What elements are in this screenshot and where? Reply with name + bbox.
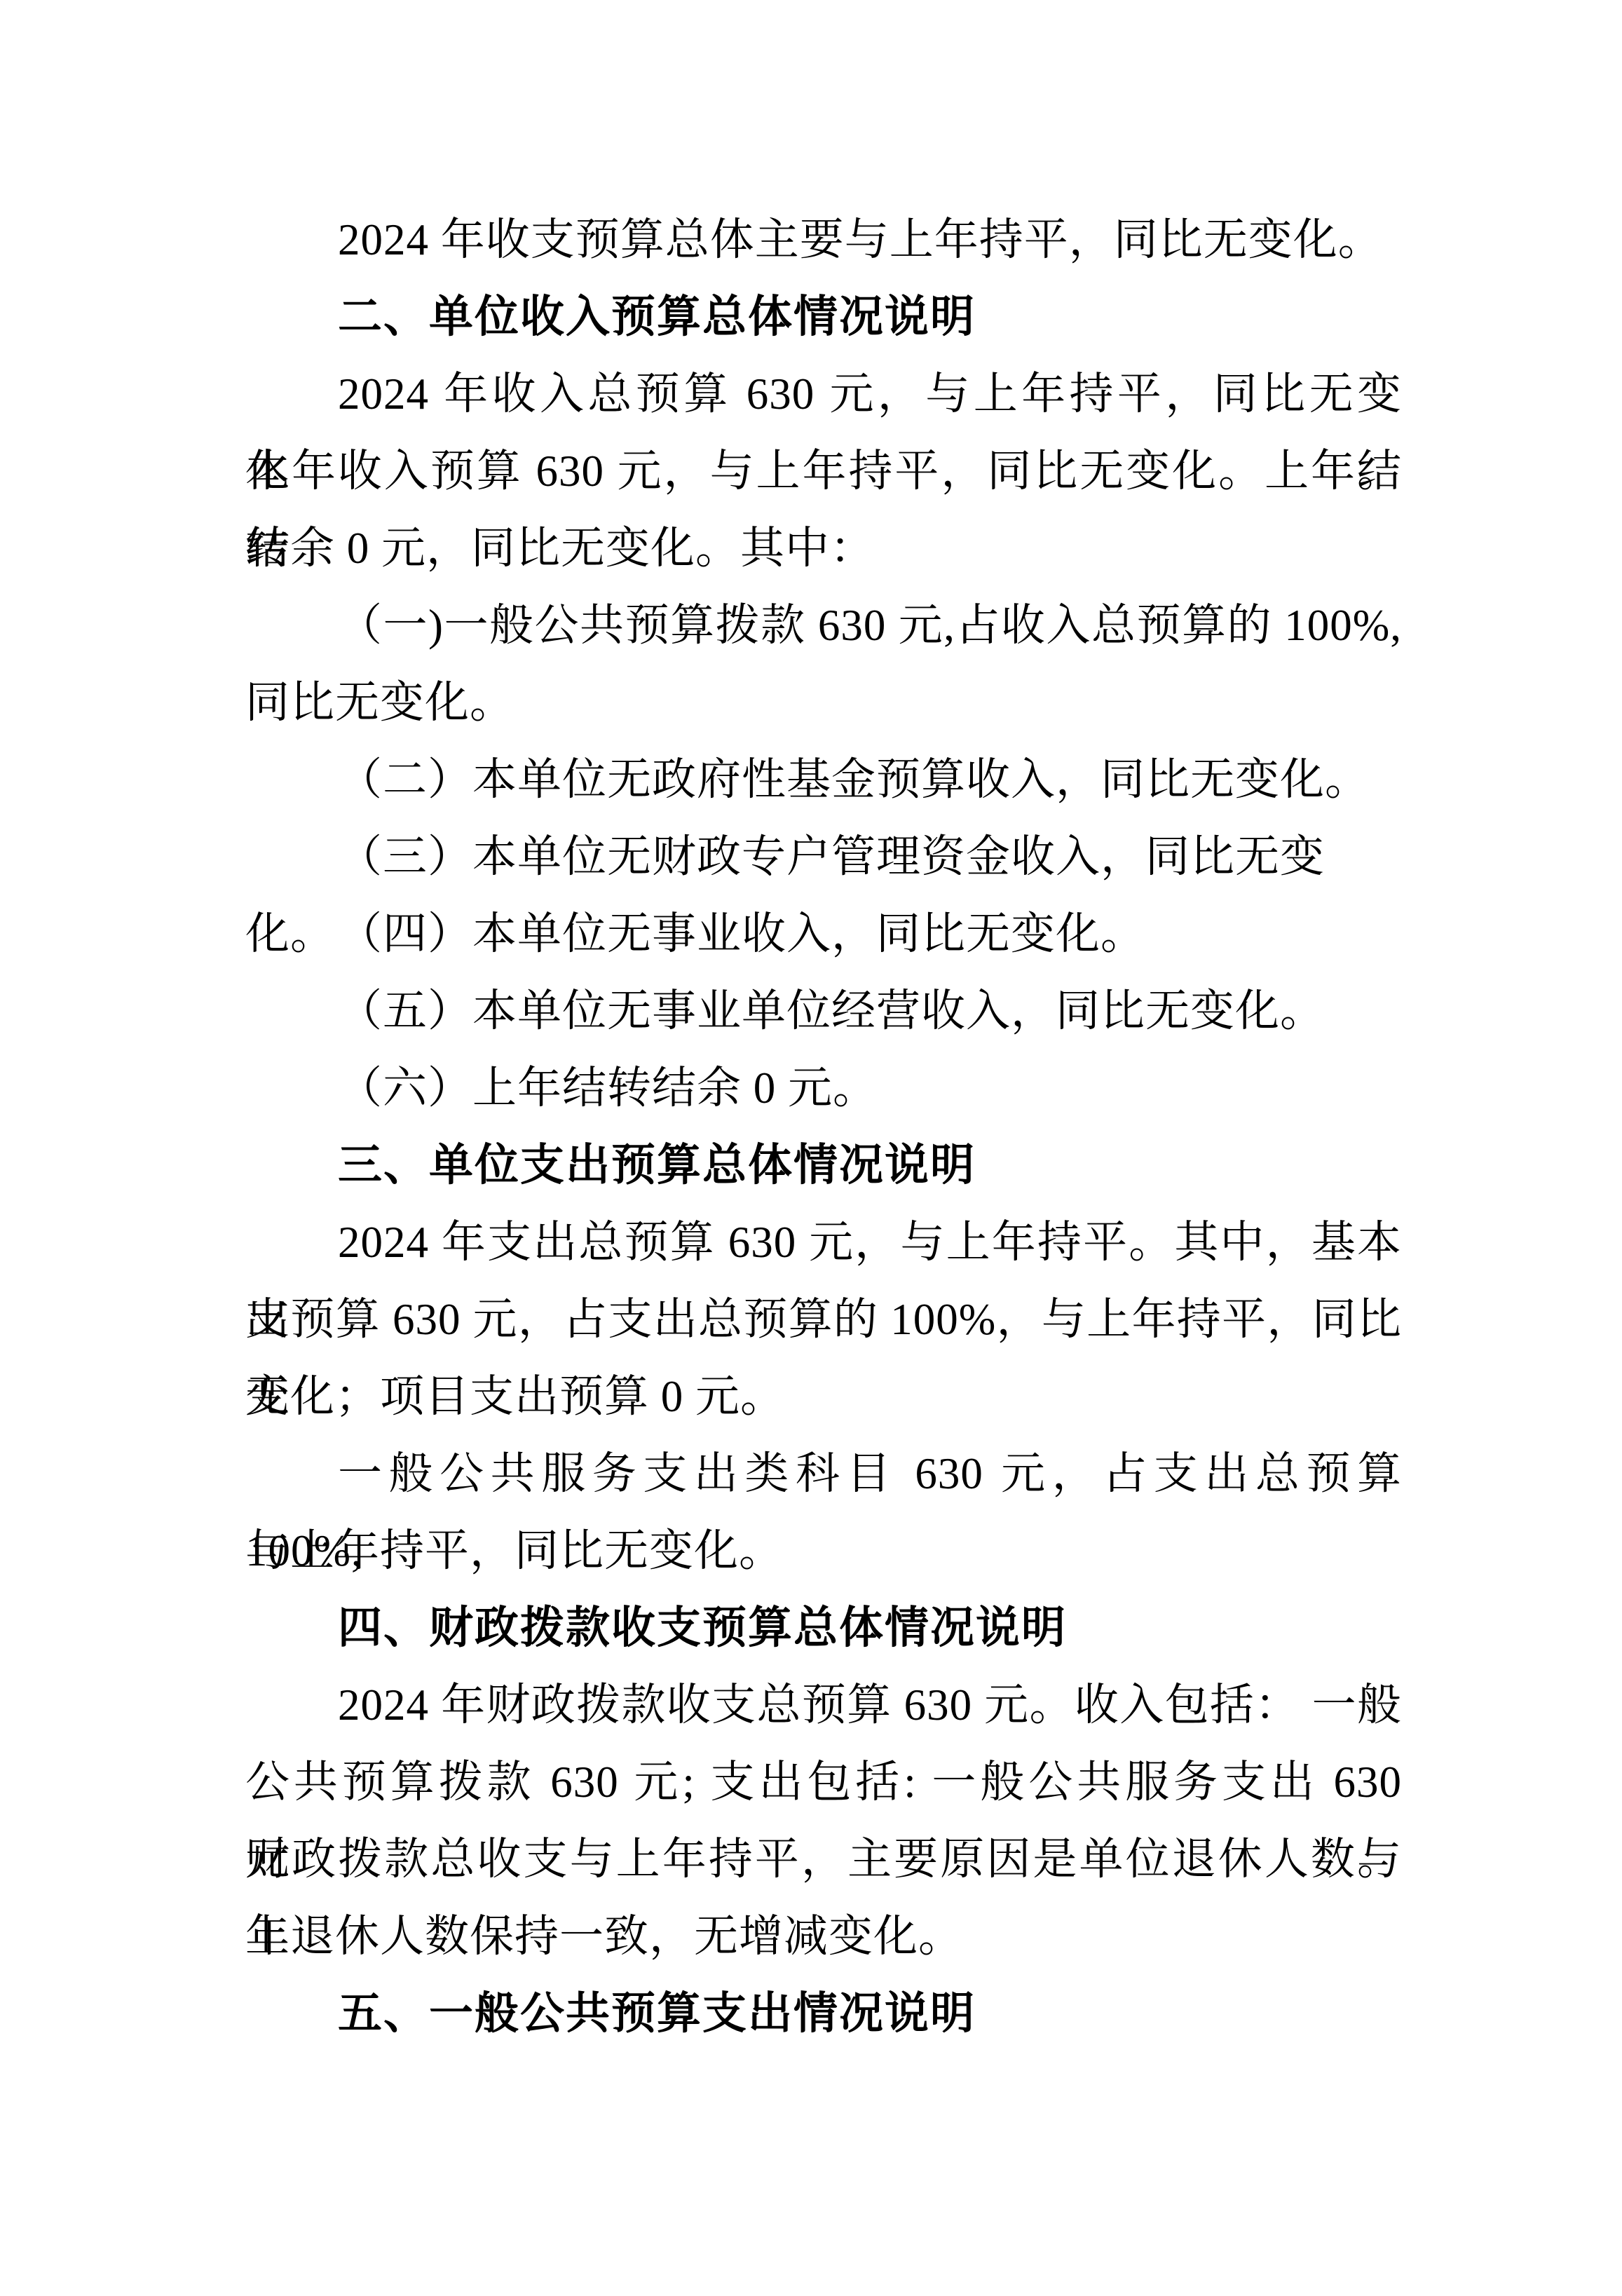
paragraph-line: 本年收入预算 630 元，与上年持平，同比无变化。上年结转 [245, 433, 1402, 510]
document-page: 2024 年收支预算总体主要与上年持平，同比无变化。 二、单位收入预算总体情况说… [0, 0, 1622, 2296]
paragraph-line: 一般公共服务支出类科目 630 元，占支出总预算 100%, [245, 1435, 1402, 1512]
section-heading-3-expenditure: 三、单位支出预算总体情况说明 [245, 1127, 1402, 1204]
list-item-6: （六）上年结转结余 0 元。 [245, 1049, 1402, 1127]
section-heading-5-public-budget: 五、一般公共预算支出情况说明 [245, 1975, 1402, 2052]
paragraph-line: 公共预算拨款 630 元; 支出包括: 一般公共服务支出 630 元。 [245, 1744, 1402, 1821]
list-item-4: （四）本单位无事业收入，同比无变化。 [245, 895, 1402, 972]
paragraph-line: 2024 年收入总预算 630 元，与上年持平，同比无变化。 [245, 355, 1402, 433]
paragraph-line: 年退休人数保持一致，无增减变化。 [245, 1898, 1402, 1975]
paragraph-line: 2024 年财政拨款收支总预算 630 元。收入包括： 一般 [245, 1666, 1402, 1744]
paragraph-line: 变化；项目支出预算 0 元。 [245, 1358, 1402, 1435]
section-heading-2-income: 二、单位收入预算总体情况说明 [245, 278, 1402, 355]
paragraph-line: 财政拨款总收支与上年持平，主要原因是单位退休人数与上 [245, 1821, 1402, 1898]
list-item-3: （三）本单位无财政专户管理资金收入，同比无变化。 [245, 818, 1402, 895]
paragraph-line: 2024 年支出总预算 630 元，与上年持平。其中，基本支 [245, 1204, 1402, 1281]
section-heading-4-fiscal: 四、财政拨款收支预算总体情况说明 [245, 1589, 1402, 1666]
document-body: 2024 年收支预算总体主要与上年持平，同比无变化。 二、单位收入预算总体情况说… [245, 201, 1402, 2052]
paragraph-line: 出预算 630 元，占支出总预算的 100%，与上年持平，同比无 [245, 1281, 1402, 1358]
list-item-1: （一)一般公共预算拨款 630 元,占收入总预算的 100%, [245, 587, 1402, 664]
paragraph-line: 同比无变化。 [245, 664, 1402, 741]
list-item-5: （五）本单位无事业单位经营收入，同比无变化。 [245, 972, 1402, 1049]
paragraph-line: 2024 年收支预算总体主要与上年持平，同比无变化。 [245, 201, 1402, 278]
paragraph-line: 结余 0 元，同比无变化。其中： [245, 510, 1402, 587]
paragraph-line: 与上年持平，同比无变化。 [245, 1512, 1402, 1589]
list-item-2: （二）本单位无政府性基金预算收入，同比无变化。 [245, 741, 1402, 818]
